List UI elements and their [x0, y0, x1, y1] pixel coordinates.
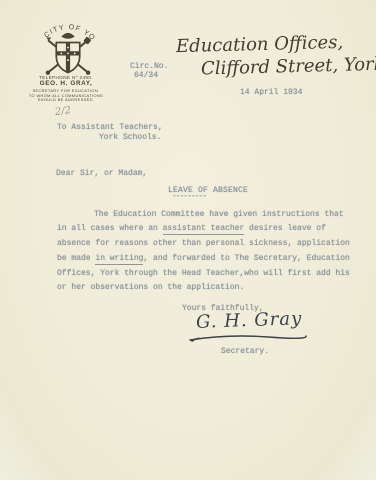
- body-text: Offices, York through the Head Teacher,w…: [57, 269, 350, 278]
- signature: G. H. Gray: [196, 308, 303, 333]
- subject-underline: ---------: [172, 192, 206, 202]
- addressee-line2: York Schools.: [99, 133, 161, 143]
- letterhead-office: Education Offices,: [176, 32, 344, 57]
- letterhead-address: Clifford Street, York.: [201, 54, 376, 80]
- pencil-mark: 2/2: [54, 105, 71, 118]
- body-text: desires leave of: [244, 224, 326, 233]
- body-text: The Education Committee have given instr…: [94, 210, 344, 219]
- body-text: or her observations on the application.: [57, 283, 244, 292]
- crest-note-line2: SHOULD BE ADDRESSED.: [10, 97, 122, 102]
- body-text: absence for reasons other than personal …: [57, 239, 350, 248]
- addressee-line1: To Assistant Teachers,: [57, 123, 163, 133]
- body-text-underlined: assistant teacher: [163, 224, 245, 235]
- letter-date: 14 April 1934: [240, 88, 302, 98]
- city-of-york-crest-icon: CITY OF YORK: [26, 14, 110, 76]
- body-line: in all cases where an assistant teacher …: [57, 224, 326, 234]
- body-line: be made in writing, and forwarded to The…: [57, 254, 350, 264]
- circular-number-value: 64/34: [134, 71, 158, 81]
- body-text: , and forwarded to The Secretary, Educat…: [143, 254, 349, 263]
- signature-flourish: [188, 332, 308, 344]
- salutation: Dear Sir, or Madam,: [56, 169, 147, 179]
- body-text-underlined: in writing: [95, 254, 143, 265]
- letter-page: CITY OF YORK TELEPHONE Nº 2490. GEO. H. …: [0, 0, 376, 480]
- body-line: The Education Committee have given instr…: [94, 210, 344, 220]
- body-text: be made: [57, 254, 95, 263]
- body-line: Offices, York through the Head Teacher,w…: [57, 269, 350, 279]
- body-line: or her observations on the application.: [57, 283, 244, 293]
- body-text: in all cases where an: [57, 224, 163, 233]
- body-line: absence for reasons other than personal …: [57, 239, 350, 249]
- signatory-role: Secretary.: [221, 347, 269, 357]
- crest-officer-name: GEO. H. GRAY,: [10, 80, 122, 87]
